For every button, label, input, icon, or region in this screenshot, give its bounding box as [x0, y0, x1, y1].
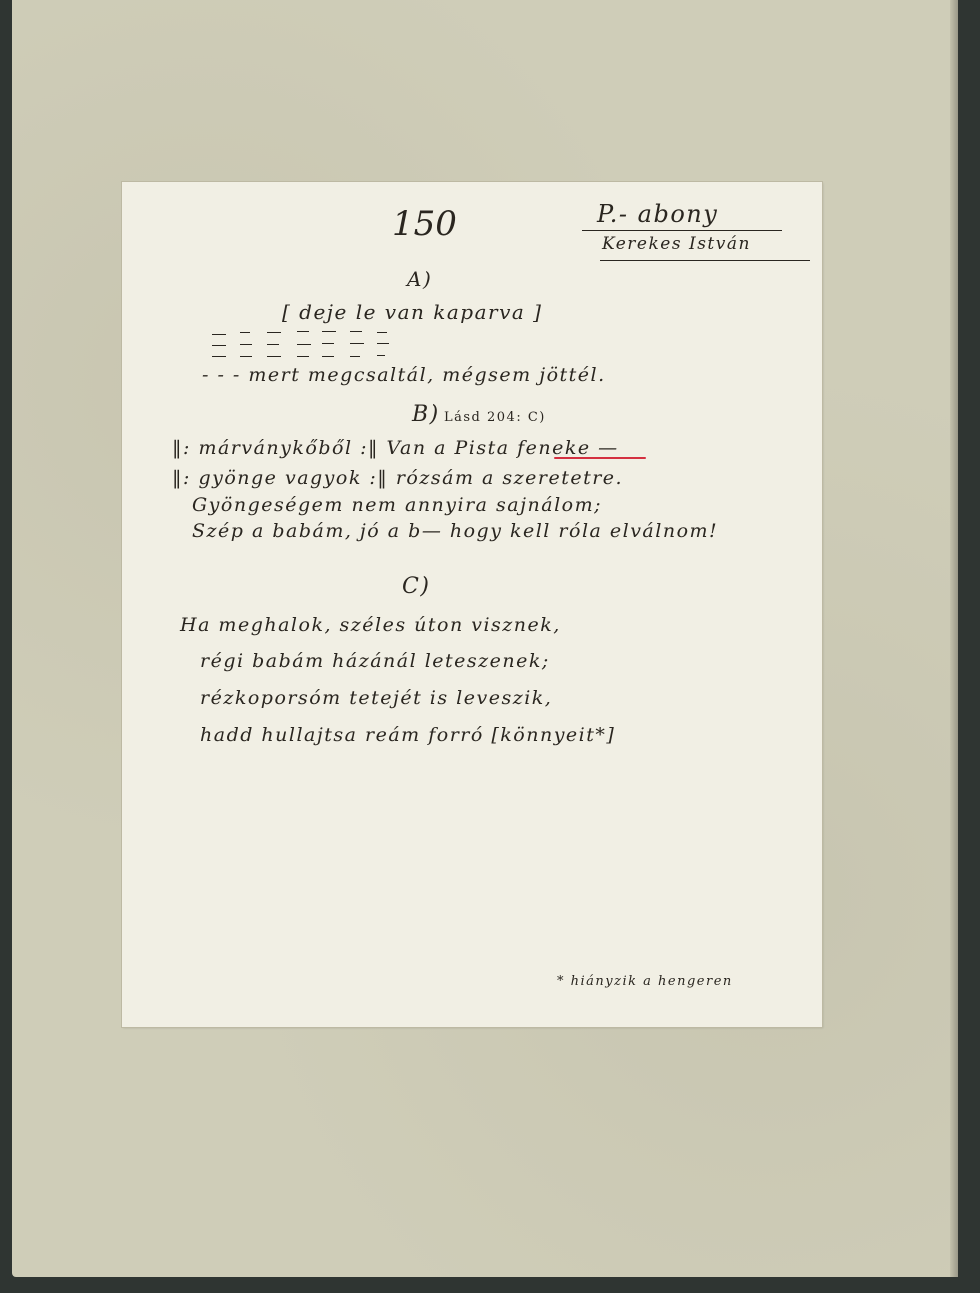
section-b-line: ‖: gyönge vagyok :‖ rózsám a szeretetre. [172, 467, 623, 489]
section-a-note: [ deje le van kaparva ] [282, 300, 542, 324]
place-name: P.- abony [597, 200, 718, 228]
collector-name: Kerekes István [602, 234, 751, 254]
section-a-line: - - - mert megcsaltál, mégsem jöttél. [202, 364, 606, 386]
section-b-reference: Lásd 204: C) [444, 410, 546, 425]
section-c-line: régi babám házánál leteszenek; [200, 650, 550, 672]
place-underline [582, 230, 782, 231]
section-a-label: A) [407, 267, 432, 291]
page-number: 150 [392, 204, 457, 244]
section-c-label: C) [402, 574, 430, 599]
manuscript-sheet: 150 P.- abony Kerekes István A) [ deje l… [122, 182, 822, 1027]
red-underline [554, 457, 646, 459]
section-c-line: hadd hullajtsa reám forró [könnyeit*] [200, 724, 615, 746]
section-b-line: Szép a babám, jó a b— hogy kell róla elv… [192, 520, 718, 542]
section-c-line: rézkoporsóm tetejét is leveszik, [200, 687, 552, 709]
mounting-board: 150 P.- abony Kerekes István A) [ deje l… [12, 0, 958, 1277]
footnote: * hiányzik a hengeren [557, 974, 733, 989]
section-b-label: B) [412, 402, 440, 427]
section-b-line: Gyöngeségem nem annyira sajnálom; [192, 494, 602, 516]
collector-underline [600, 260, 810, 261]
section-b-line: ‖: márványkőből :‖ Van a Pista feneke — [172, 437, 619, 459]
section-c-line: Ha meghalok, széles úton visznek, [180, 614, 561, 636]
board-edge [950, 0, 958, 1277]
